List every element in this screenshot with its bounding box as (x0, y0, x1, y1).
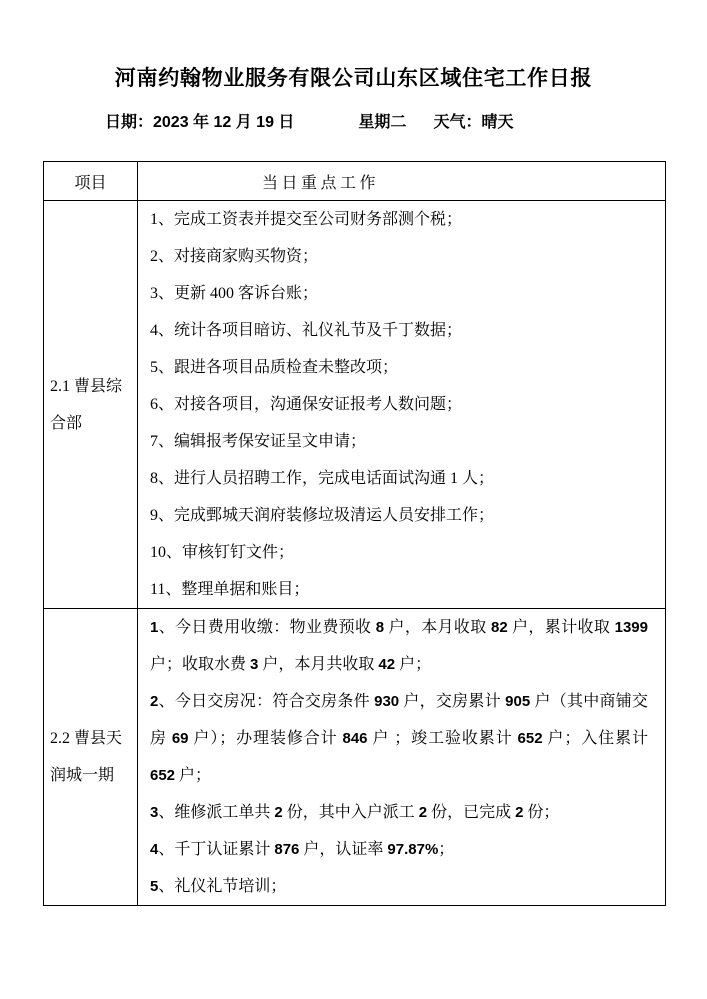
work-items-cell: 1、完成工资表并提交至公司财务部测个税； 2、对接商家购买物资； 3、更新 40… (138, 201, 666, 609)
number: 69 (172, 730, 189, 747)
work-items-cell: 1、今日费用收缴：物业费预收 8 户，本月收取 82 户，累计收取 1399 户… (138, 609, 666, 906)
table-row: 2.1 曹县综合部 1、完成工资表并提交至公司财务部测个税； 2、对接商家购买物… (44, 201, 666, 609)
number: 2 (515, 804, 523, 821)
date-line: 日期：2023 年 12 月 19 日星期二天气：晴天 (105, 109, 513, 132)
number: 5 (150, 878, 158, 895)
work-item: 6、对接各项目，沟通保安证报考人数问题； (150, 386, 648, 423)
weather-value: 天气：晴天 (433, 114, 513, 131)
work-item: 3、更新 400 客诉台账； (150, 275, 648, 312)
number: 905 (505, 693, 530, 710)
number: 2 (419, 804, 427, 821)
number: 10 (150, 544, 166, 561)
work-item: 5、跟进各项目品质检查未整改项； (150, 349, 648, 386)
number: 1 (150, 211, 158, 228)
work-item: 11、整理单据和账目； (150, 571, 648, 608)
work-item: 10、审核钉钉文件； (150, 534, 648, 571)
number: 2 (150, 693, 158, 710)
header-work: 当日重点工作 (138, 162, 666, 201)
number: 42 (378, 656, 395, 673)
number: 7 (150, 433, 158, 450)
daily-report-table: 项目 当日重点工作 2.1 曹县综合部 1、完成工资表并提交至公司财务部测个税；… (43, 161, 666, 906)
number: 1399 (615, 619, 648, 636)
work-item: 4、统计各项目暗访、礼仪礼节及千丁数据； (150, 312, 648, 349)
number: 4 (150, 322, 158, 339)
number: 400 (210, 285, 234, 302)
number: 652 (150, 767, 175, 784)
work-item: 2、对接商家购买物资； (150, 238, 648, 275)
date-value: 日期：2023 年 12 月 19 日 (105, 114, 294, 131)
project-label: 2.2 曹县天润城一期 (50, 730, 122, 784)
number: 5 (150, 359, 158, 376)
number: 876 (274, 841, 299, 858)
table-row: 2.2 曹县天润城一期 1、今日费用收缴：物业费预收 8 户，本月收取 82 户… (44, 609, 666, 906)
work-item: 2、今日交房况：符合交房条件 930 户，交房累计 905 户（其中商铺交房 6… (150, 683, 648, 794)
number: 3 (150, 804, 158, 821)
number: 8 (376, 619, 384, 636)
work-item: 9、完成鄄城天润府装修垃圾清运人员安排工作； (150, 497, 648, 534)
project-cell: 2.1 曹县综合部 (44, 201, 138, 609)
weekday-value: 星期二 (358, 114, 406, 131)
project-cell: 2.2 曹县天润城一期 (44, 609, 138, 906)
work-item: 8、进行人员招聘工作，完成电话面试沟通 1 人； (150, 460, 648, 497)
number: 2 (150, 248, 158, 265)
number: 9 (150, 507, 158, 524)
number: 3 (150, 285, 158, 302)
number: 930 (374, 693, 399, 710)
header-row: 项目 当日重点工作 (44, 162, 666, 201)
page-title: 河南约翰物业服务有限公司山东区域住宅工作日报 (0, 62, 707, 92)
work-item: 1、完成工资表并提交至公司财务部测个税； (150, 201, 648, 238)
number: 2 (274, 804, 282, 821)
work-item: 3、维修派工单共 2 份，其中入户派工 2 份，已完成 2 份； (150, 794, 648, 831)
number: 4 (150, 841, 158, 858)
work-item: 5、礼仪礼节培训； (150, 868, 648, 905)
document-page: 河南约翰物业服务有限公司山东区域住宅工作日报 日期：2023 年 12 月 19… (0, 0, 707, 999)
number: 82 (491, 619, 508, 636)
number: 6 (150, 396, 158, 413)
number: 8 (150, 470, 158, 487)
number: 1 (150, 619, 158, 636)
number: 846 (343, 730, 368, 747)
number: 11 (150, 581, 165, 598)
number: 97.87% (387, 841, 438, 858)
project-label: 2.1 曹县综合部 (50, 378, 122, 432)
work-item: 4、千丁认证累计 876 户，认证率 97.87%； (150, 831, 648, 868)
number: 652 (518, 730, 543, 747)
work-item: 1、今日费用收缴：物业费预收 8 户，本月收取 82 户，累计收取 1399 户… (150, 609, 648, 683)
work-item: 7、编辑报考保安证呈文申请； (150, 423, 648, 460)
header-project: 项目 (44, 162, 138, 201)
number: 1 (450, 470, 458, 487)
number: 3 (250, 656, 258, 673)
